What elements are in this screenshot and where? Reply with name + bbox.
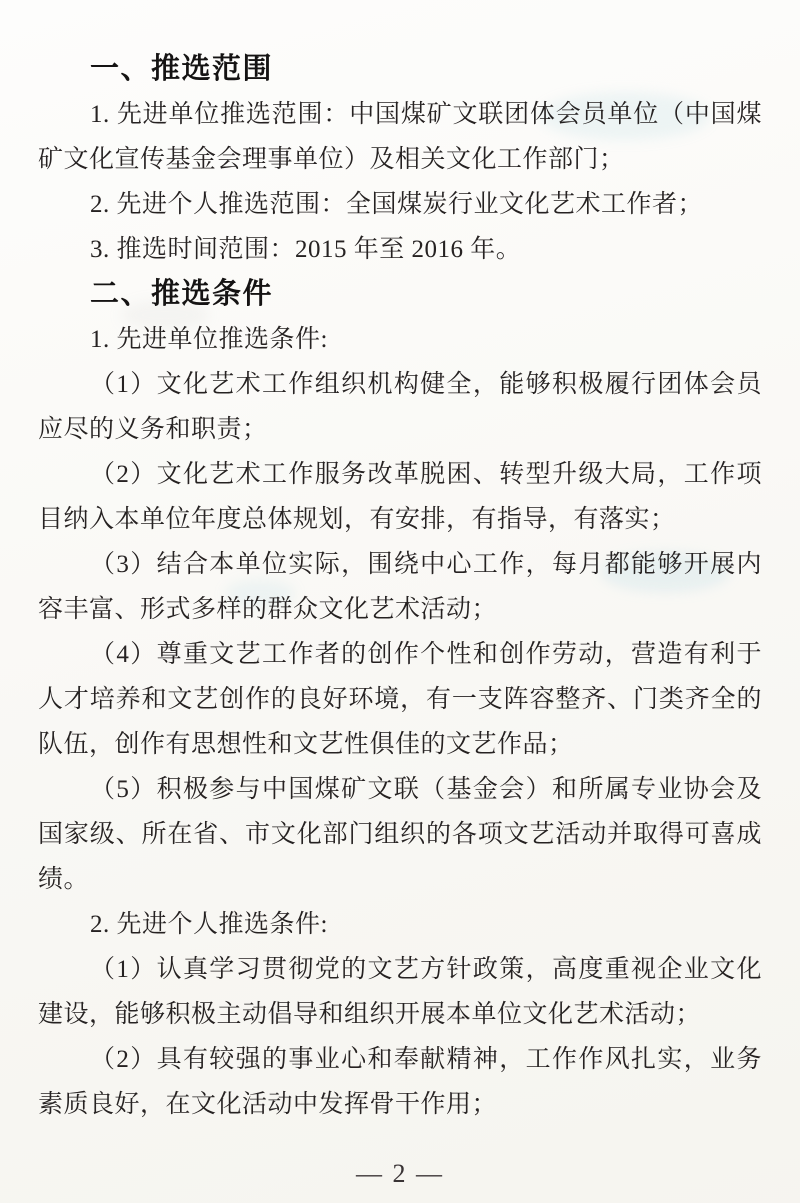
section-criteria: 二、推选条件 1. 先进单位推选条件: （1）文化艺术工作组织机构健全，能够积极… — [38, 272, 762, 1127]
section-criteria-heading: 二、推选条件 — [38, 272, 762, 317]
paragraph-scope-timeframe: 3. 推选时间范围：2015 年至 2016 年。 — [38, 227, 762, 272]
paragraph-unit-criterion-3: （3）结合本单位实际，围绕中心工作，每月都能够开展内容丰富、形式多样的群众文化艺… — [38, 542, 762, 632]
paragraph-scope-individuals: 2. 先进个人推选范围：全国煤炭行业文化艺术工作者； — [38, 182, 762, 227]
paragraph-unit-criterion-4: （4）尊重文艺工作者的创作个性和创作劳动，营造有利于人才培养和文艺创作的良好环境… — [38, 632, 762, 767]
paragraph-scope-units: 1. 先进单位推选范围：中国煤矿文联团体会员单位（中国煤矿文化宣传基金会理事单位… — [38, 92, 762, 182]
section-scope-heading: 一、推选范围 — [38, 47, 762, 92]
document-page: 一、推选范围 1. 先进单位推选范围：中国煤矿文联团体会员单位（中国煤矿文化宣传… — [0, 0, 800, 1203]
page-number: — 2 — — [0, 1158, 800, 1190]
page-number-label: — 2 — — [356, 1159, 444, 1188]
paragraph-unit-criterion-1: （1）文化艺术工作组织机构健全，能够积极履行团体会员应尽的义务和职责； — [38, 362, 762, 452]
paragraph-individual-criterion-2: （2）具有较强的事业心和奉献精神，工作作风扎实，业务素质良好，在文化活动中发挥骨… — [38, 1037, 762, 1127]
document-content: 一、推选范围 1. 先进单位推选范围：中国煤矿文联团体会员单位（中国煤矿文化宣传… — [38, 47, 762, 1127]
paragraph-unit-criterion-5: （5）积极参与中国煤矿文联（基金会）和所属专业协会及国家级、所在省、市文化部门组… — [38, 767, 762, 902]
paragraph-individual-criteria-intro: 2. 先进个人推选条件: — [38, 902, 762, 947]
paragraph-individual-criterion-1: （1）认真学习贯彻党的文艺方针政策，高度重视企业文化建设，能够积极主动倡导和组织… — [38, 947, 762, 1037]
paragraph-unit-criteria-intro: 1. 先进单位推选条件: — [38, 317, 762, 362]
section-scope: 一、推选范围 1. 先进单位推选范围：中国煤矿文联团体会员单位（中国煤矿文化宣传… — [38, 47, 762, 272]
paragraph-unit-criterion-2: （2）文化艺术工作服务改革脱困、转型升级大局，工作项目纳入本单位年度总体规划，有… — [38, 452, 762, 542]
